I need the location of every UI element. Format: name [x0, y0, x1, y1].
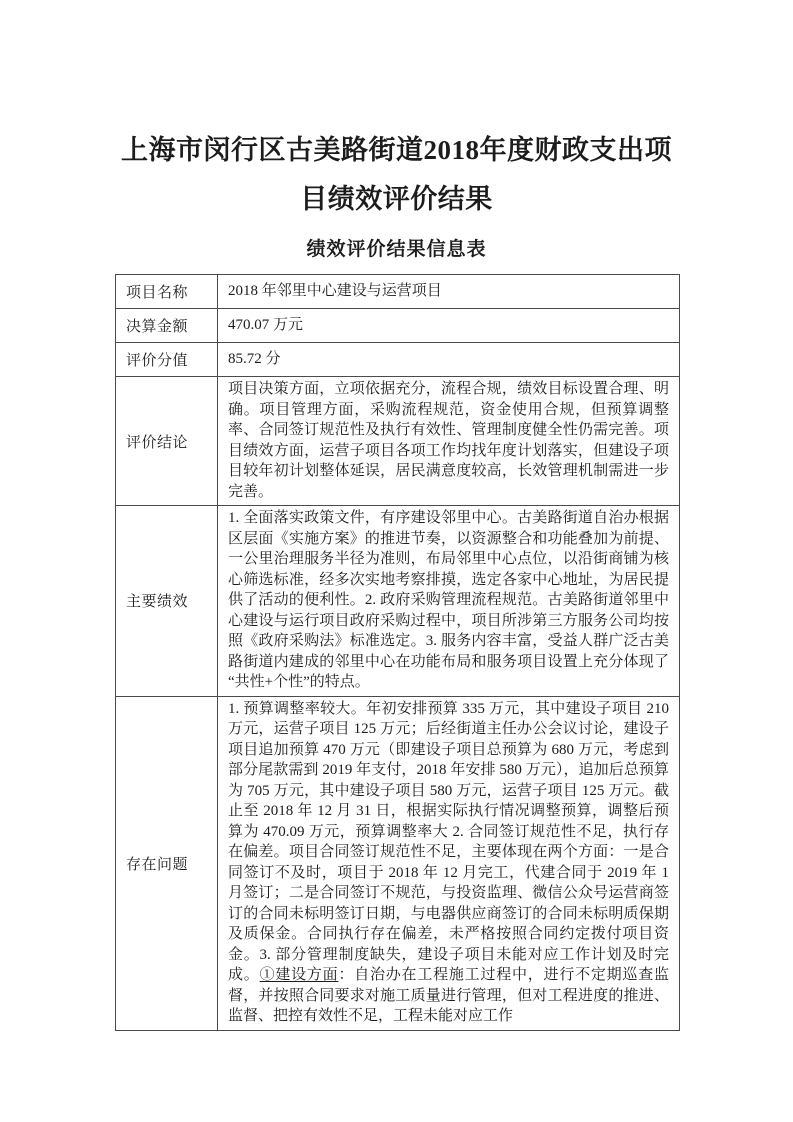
document-page: 上海市闵行区古美路街道2018年度财政支出项目绩效评价结果 绩效评价结果信息表 …: [0, 0, 793, 1122]
table-row: 存在问题 1. 预算调整率较大。年初安排预算 335 万元，其中建设子项目 21…: [116, 696, 680, 1030]
table-row: 评价分值 85.72 分: [116, 343, 680, 377]
label-main-performance: 主要绩效: [116, 506, 218, 697]
table-row: 决算金额 470.07 万元: [116, 309, 680, 343]
value-project-name: 2018 年邻里中心建设与运营项目: [218, 275, 680, 309]
label-project-name: 项目名称: [116, 275, 218, 309]
table-caption: 绩效评价结果信息表: [0, 234, 793, 261]
value-main-performance: 1. 全面落实政策文件，有序建设邻里中心。古美路街道自治办根据区层面《实施方案》…: [218, 506, 680, 697]
label-evaluation-score: 评价分值: [116, 343, 218, 377]
table-row: 主要绩效 1. 全面落实政策文件，有序建设邻里中心。古美路街道自治办根据区层面《…: [116, 506, 680, 697]
construction-aspect-underlined-text: ①建设方面: [260, 967, 339, 983]
value-evaluation-conclusion: 项目决策方面，立项依据充分，流程合规，绩效目标设置合理、明确。项目管理方面，采购…: [218, 377, 680, 506]
label-final-amount: 决算金额: [116, 309, 218, 343]
value-evaluation-score: 85.72 分: [218, 343, 680, 377]
label-evaluation-conclusion: 评价结论: [116, 377, 218, 506]
label-existing-problems: 存在问题: [116, 696, 218, 1030]
existing-problems-text-part1: 1. 预算调整率较大。年初安排预算 335 万元，其中建设子项目 210 万元，…: [228, 701, 669, 984]
performance-evaluation-table: 项目名称 2018 年邻里中心建设与运营项目 决算金额 470.07 万元 评价…: [115, 274, 680, 1031]
value-existing-problems: 1. 预算调整率较大。年初安排预算 335 万元，其中建设子项目 210 万元，…: [218, 696, 680, 1030]
table-row: 评价结论 项目决策方面，立项依据充分，流程合规，绩效目标设置合理、明确。项目管理…: [116, 377, 680, 506]
page-title: 上海市闵行区古美路街道2018年度财政支出项目绩效评价结果: [114, 126, 680, 224]
table-row: 项目名称 2018 年邻里中心建设与运营项目: [116, 275, 680, 309]
value-final-amount: 470.07 万元: [218, 309, 680, 343]
